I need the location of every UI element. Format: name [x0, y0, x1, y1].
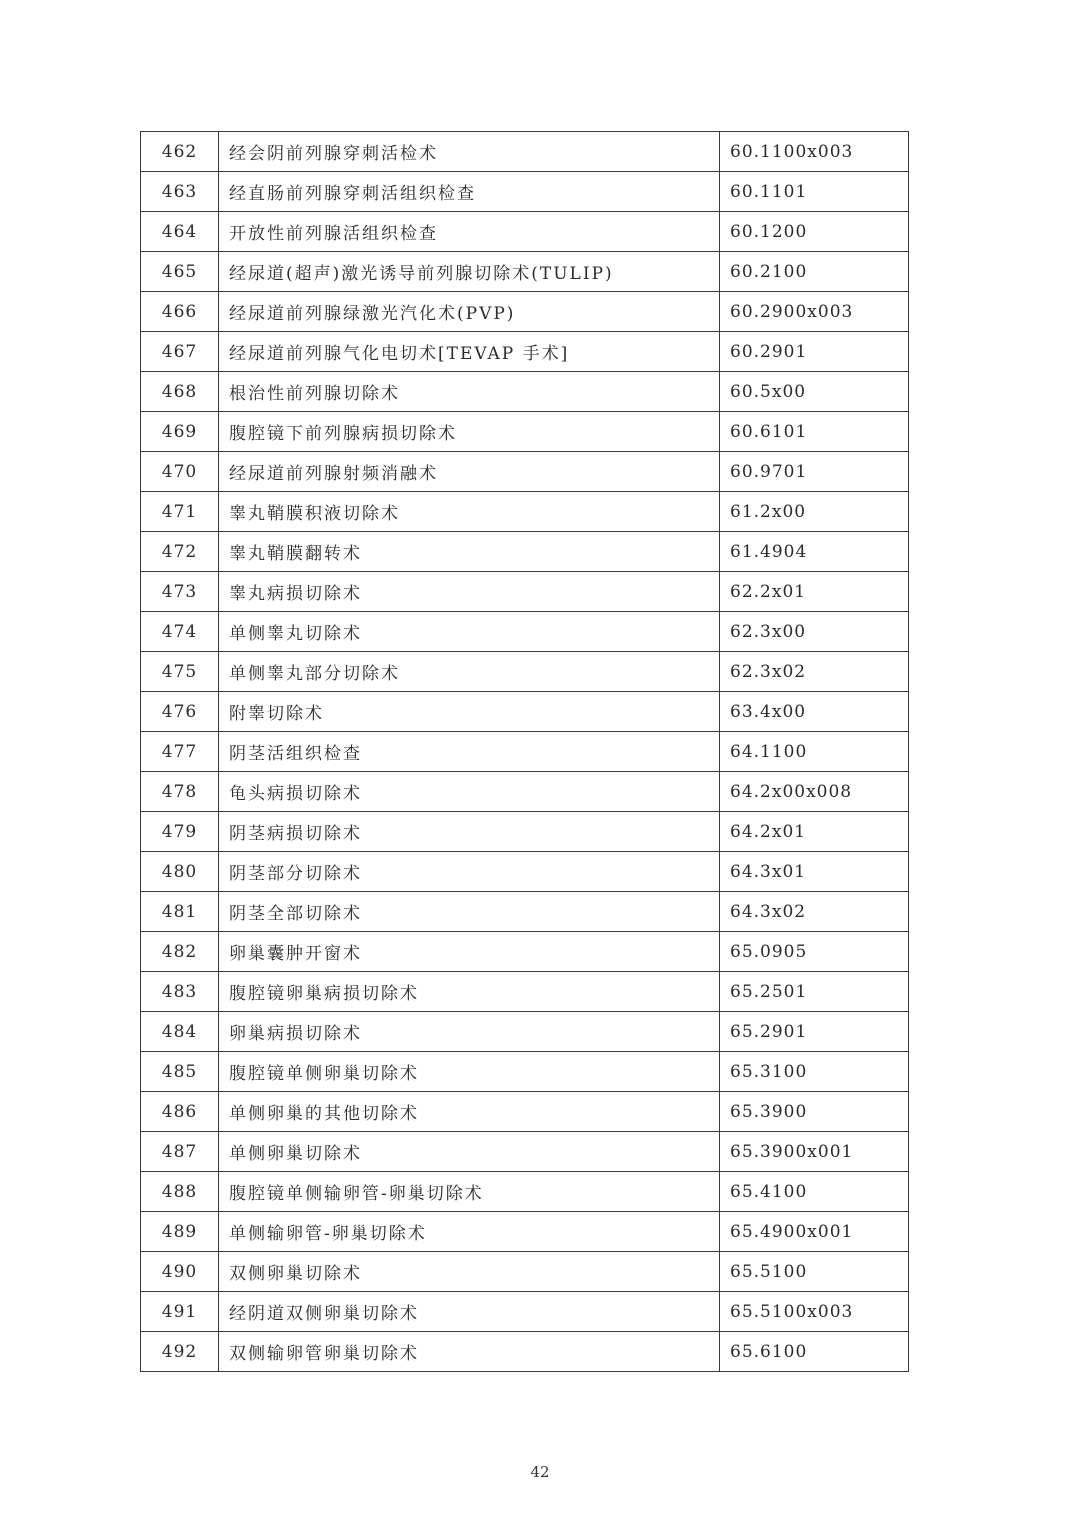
- row-number-cell: 482: [141, 932, 219, 972]
- table-row: 486单侧卵巢的其他切除术65.3900: [141, 1092, 909, 1132]
- procedure-table-body: 462经会阴前列腺穿刺活检术60.1100x003463经直肠前列腺穿刺活组织检…: [141, 132, 909, 1372]
- procedure-code-cell: 65.4100: [720, 1172, 909, 1212]
- row-number-cell: 468: [141, 372, 219, 412]
- procedure-name-cell: 经尿道前列腺绿激光汽化术(PVP): [219, 292, 720, 332]
- procedure-code-cell: 64.2x01: [720, 812, 909, 852]
- row-number-cell: 464: [141, 212, 219, 252]
- row-number-cell: 484: [141, 1012, 219, 1052]
- row-number-cell: 462: [141, 132, 219, 172]
- procedure-code-cell: 61.4904: [720, 532, 909, 572]
- procedure-code-cell: 60.1200: [720, 212, 909, 252]
- procedure-code-cell: 63.4x00: [720, 692, 909, 732]
- procedure-name-cell: 单侧睾丸部分切除术: [219, 652, 720, 692]
- row-number-cell: 467: [141, 332, 219, 372]
- procedure-code-cell: 65.2501: [720, 972, 909, 1012]
- procedure-table: 462经会阴前列腺穿刺活检术60.1100x003463经直肠前列腺穿刺活组织检…: [140, 131, 909, 1372]
- procedure-code-cell: 65.0905: [720, 932, 909, 972]
- row-number-cell: 475: [141, 652, 219, 692]
- procedure-name-cell: 阴茎病损切除术: [219, 812, 720, 852]
- row-number-cell: 490: [141, 1252, 219, 1292]
- procedure-name-cell: 卵巢囊肿开窗术: [219, 932, 720, 972]
- procedure-name-cell: 睾丸鞘膜翻转术: [219, 532, 720, 572]
- procedure-code-cell: 62.3x00: [720, 612, 909, 652]
- row-number-cell: 472: [141, 532, 219, 572]
- procedure-name-cell: 龟头病损切除术: [219, 772, 720, 812]
- row-number-cell: 479: [141, 812, 219, 852]
- table-row: 481阴茎全部切除术64.3x02: [141, 892, 909, 932]
- table-row: 463经直肠前列腺穿刺活组织检查60.1101: [141, 172, 909, 212]
- row-number-cell: 476: [141, 692, 219, 732]
- procedure-name-cell: 经阴道双侧卵巢切除术: [219, 1292, 720, 1332]
- table-row: 472睾丸鞘膜翻转术61.4904: [141, 532, 909, 572]
- procedure-name-cell: 经直肠前列腺穿刺活组织检查: [219, 172, 720, 212]
- procedure-code-cell: 60.2900x003: [720, 292, 909, 332]
- table-row: 468根治性前列腺切除术60.5x00: [141, 372, 909, 412]
- row-number-cell: 465: [141, 252, 219, 292]
- procedure-code-cell: 65.6100: [720, 1332, 909, 1372]
- procedure-code-cell: 65.3900: [720, 1092, 909, 1132]
- procedure-name-cell: 经尿道前列腺气化电切术[TEVAP 手术]: [219, 332, 720, 372]
- row-number-cell: 488: [141, 1172, 219, 1212]
- procedure-code-cell: 62.3x02: [720, 652, 909, 692]
- table-row: 488腹腔镜单侧输卵管-卵巢切除术65.4100: [141, 1172, 909, 1212]
- row-number-cell: 483: [141, 972, 219, 1012]
- procedure-name-cell: 腹腔镜卵巢病损切除术: [219, 972, 720, 1012]
- table-row: 482卵巢囊肿开窗术65.0905: [141, 932, 909, 972]
- table-row: 483腹腔镜卵巢病损切除术65.2501: [141, 972, 909, 1012]
- procedure-name-cell: 单侧卵巢切除术: [219, 1132, 720, 1172]
- procedure-code-cell: 64.2x00x008: [720, 772, 909, 812]
- procedure-name-cell: 腹腔镜单侧卵巢切除术: [219, 1052, 720, 1092]
- row-number-cell: 481: [141, 892, 219, 932]
- table-row: 490双侧卵巢切除术65.5100: [141, 1252, 909, 1292]
- table-row: 480阴茎部分切除术64.3x01: [141, 852, 909, 892]
- procedure-name-cell: 阴茎全部切除术: [219, 892, 720, 932]
- procedure-code-cell: 60.5x00: [720, 372, 909, 412]
- procedure-name-cell: 经尿道(超声)激光诱导前列腺切除术(TULIP): [219, 252, 720, 292]
- procedure-code-cell: 65.5100x003: [720, 1292, 909, 1332]
- procedure-code-cell: 60.1101: [720, 172, 909, 212]
- row-number-cell: 463: [141, 172, 219, 212]
- procedure-code-cell: 65.5100: [720, 1252, 909, 1292]
- procedure-name-cell: 开放性前列腺活组织检查: [219, 212, 720, 252]
- table-row: 471睾丸鞘膜积液切除术61.2x00: [141, 492, 909, 532]
- row-number-cell: 485: [141, 1052, 219, 1092]
- procedure-name-cell: 根治性前列腺切除术: [219, 372, 720, 412]
- table-row: 492双侧输卵管卵巢切除术65.6100: [141, 1332, 909, 1372]
- table-row: 491经阴道双侧卵巢切除术65.5100x003: [141, 1292, 909, 1332]
- procedure-name-cell: 腹腔镜下前列腺病损切除术: [219, 412, 720, 452]
- table-row: 469腹腔镜下前列腺病损切除术60.6101: [141, 412, 909, 452]
- procedure-name-cell: 阴茎活组织检查: [219, 732, 720, 772]
- procedure-name-cell: 睾丸病损切除术: [219, 572, 720, 612]
- page-number: 42: [0, 1463, 1080, 1481]
- row-number-cell: 487: [141, 1132, 219, 1172]
- row-number-cell: 473: [141, 572, 219, 612]
- procedure-name-cell: 单侧输卵管-卵巢切除术: [219, 1212, 720, 1252]
- table-row: 485腹腔镜单侧卵巢切除术65.3100: [141, 1052, 909, 1092]
- row-number-cell: 489: [141, 1212, 219, 1252]
- procedure-code-cell: 65.2901: [720, 1012, 909, 1052]
- row-number-cell: 474: [141, 612, 219, 652]
- table-row: 462经会阴前列腺穿刺活检术60.1100x003: [141, 132, 909, 172]
- procedure-code-cell: 65.4900x001: [720, 1212, 909, 1252]
- procedure-code-cell: 64.1100: [720, 732, 909, 772]
- procedure-code-cell: 65.3900x001: [720, 1132, 909, 1172]
- procedure-code-cell: 60.6101: [720, 412, 909, 452]
- procedure-name-cell: 单侧睾丸切除术: [219, 612, 720, 652]
- procedure-code-cell: 60.2100: [720, 252, 909, 292]
- table-row: 475单侧睾丸部分切除术62.3x02: [141, 652, 909, 692]
- procedure-name-cell: 附睾切除术: [219, 692, 720, 732]
- table-row: 470经尿道前列腺射频消融术60.9701: [141, 452, 909, 492]
- procedure-code-cell: 64.3x02: [720, 892, 909, 932]
- procedure-name-cell: 双侧输卵管卵巢切除术: [219, 1332, 720, 1372]
- row-number-cell: 466: [141, 292, 219, 332]
- table-row: 466经尿道前列腺绿激光汽化术(PVP)60.2900x003: [141, 292, 909, 332]
- procedure-code-cell: 60.2901: [720, 332, 909, 372]
- row-number-cell: 469: [141, 412, 219, 452]
- procedure-name-cell: 经会阴前列腺穿刺活检术: [219, 132, 720, 172]
- table-row: 487单侧卵巢切除术65.3900x001: [141, 1132, 909, 1172]
- table-row: 464开放性前列腺活组织检查60.1200: [141, 212, 909, 252]
- table-row: 489单侧输卵管-卵巢切除术65.4900x001: [141, 1212, 909, 1252]
- table-row: 477阴茎活组织检查64.1100: [141, 732, 909, 772]
- table-row: 474单侧睾丸切除术62.3x00: [141, 612, 909, 652]
- table-row: 476附睾切除术63.4x00: [141, 692, 909, 732]
- procedure-name-cell: 阴茎部分切除术: [219, 852, 720, 892]
- procedure-name-cell: 睾丸鞘膜积液切除术: [219, 492, 720, 532]
- row-number-cell: 478: [141, 772, 219, 812]
- procedure-code-cell: 60.1100x003: [720, 132, 909, 172]
- row-number-cell: 470: [141, 452, 219, 492]
- procedure-name-cell: 双侧卵巢切除术: [219, 1252, 720, 1292]
- row-number-cell: 480: [141, 852, 219, 892]
- procedure-code-cell: 61.2x00: [720, 492, 909, 532]
- table-row: 484卵巢病损切除术65.2901: [141, 1012, 909, 1052]
- procedure-name-cell: 经尿道前列腺射频消融术: [219, 452, 720, 492]
- procedure-name-cell: 卵巢病损切除术: [219, 1012, 720, 1052]
- table-row: 473睾丸病损切除术62.2x01: [141, 572, 909, 612]
- table-row: 479阴茎病损切除术64.2x01: [141, 812, 909, 852]
- procedure-name-cell: 腹腔镜单侧输卵管-卵巢切除术: [219, 1172, 720, 1212]
- table-row: 478龟头病损切除术64.2x00x008: [141, 772, 909, 812]
- row-number-cell: 477: [141, 732, 219, 772]
- row-number-cell: 492: [141, 1332, 219, 1372]
- procedure-code-cell: 64.3x01: [720, 852, 909, 892]
- procedure-code-cell: 62.2x01: [720, 572, 909, 612]
- procedure-code-cell: 60.9701: [720, 452, 909, 492]
- row-number-cell: 486: [141, 1092, 219, 1132]
- procedure-name-cell: 单侧卵巢的其他切除术: [219, 1092, 720, 1132]
- table-row: 467经尿道前列腺气化电切术[TEVAP 手术]60.2901: [141, 332, 909, 372]
- row-number-cell: 471: [141, 492, 219, 532]
- procedure-code-cell: 65.3100: [720, 1052, 909, 1092]
- row-number-cell: 491: [141, 1292, 219, 1332]
- table-row: 465经尿道(超声)激光诱导前列腺切除术(TULIP)60.2100: [141, 252, 909, 292]
